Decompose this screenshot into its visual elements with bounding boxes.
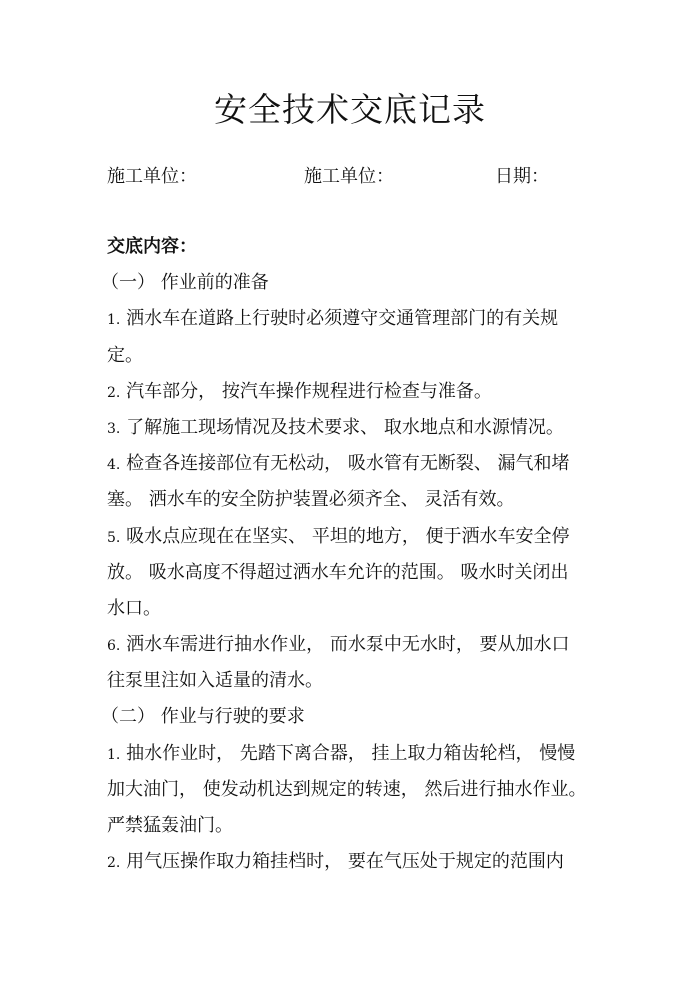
- list-item-continuation: 水口。: [107, 595, 607, 631]
- list-item: 4. 检查各连接部位有无松动， 吸水管有无断裂、 漏气和堵: [107, 450, 607, 486]
- line-text: 检查各连接部位有无松动， 吸水管有无断裂、 漏气和堵: [126, 453, 569, 474]
- item-number: 6.: [107, 638, 120, 654]
- line-text: 洒水车需进行抽水作业， 而水泵中无水时， 要从加水口: [126, 634, 569, 655]
- line-text: 用气压操作取力箱挂档时， 要在气压处于规定的范围内: [126, 851, 564, 872]
- line-text: 抽水作业时， 先踏下离合器， 挂上取力箱齿轮档， 慢慢: [126, 743, 575, 764]
- line-text: 洒水车在道路上行驶时必须遵守交通管理部门的有关规: [126, 308, 558, 329]
- list-item: 1. 洒水车在道路上行驶时必须遵守交通管理部门的有关规: [107, 305, 607, 341]
- construction-unit-label-1: 施工单位：: [107, 164, 197, 190]
- section-heading: （一） 作业前的准备: [101, 269, 607, 305]
- line-text: 塞。 洒水车的安全防护装置必须齐全、 灵活有效。: [107, 489, 514, 510]
- list-item-continuation: 塞。 洒水车的安全防护装置必须齐全、 灵活有效。: [107, 486, 607, 522]
- content-lines: （一） 作业前的准备1. 洒水车在道路上行驶时必须遵守交通管理部门的有关规定。2…: [107, 269, 607, 884]
- item-number: 1.: [107, 312, 120, 328]
- list-item-continuation: 加大油门， 使发动机达到规定的转速， 然后进行抽水作业。: [107, 776, 607, 812]
- line-text: 吸水点应现在在坚实、 平坦的地方， 便于洒水车安全停: [126, 526, 569, 547]
- line-text: 加大油门， 使发动机达到规定的转速， 然后进行抽水作业。: [107, 779, 586, 800]
- line-text: （一） 作业前的准备: [101, 272, 269, 293]
- list-item: 3. 了解施工现场情况及技术要求、 取水地点和水源情况。: [107, 414, 607, 450]
- document-title: 安全技术交底记录: [0, 88, 700, 132]
- item-number: 1.: [107, 747, 120, 763]
- item-number: 5.: [107, 530, 120, 546]
- list-item-continuation: 往泵里注如入适量的清水。: [107, 667, 607, 703]
- list-item: 1. 抽水作业时， 先踏下离合器， 挂上取力箱齿轮档， 慢慢: [107, 740, 607, 776]
- list-item: 2. 用气压操作取力箱挂档时， 要在气压处于规定的范围内: [107, 848, 607, 884]
- list-item-continuation: 定。: [107, 342, 607, 378]
- date-label: 日期：: [495, 164, 549, 190]
- line-text: 了解施工现场情况及技术要求、 取水地点和水源情况。: [126, 417, 564, 438]
- list-item: 6. 洒水车需进行抽水作业， 而水泵中无水时， 要从加水口: [107, 631, 607, 667]
- document-body: 交底内容： （一） 作业前的准备1. 洒水车在道路上行驶时必须遵守交通管理部门的…: [107, 233, 607, 884]
- line-text: （二） 作业与行驶的要求: [101, 706, 305, 727]
- line-text: 汽车部分， 按汽车操作规程进行检查与准备。: [126, 381, 492, 402]
- line-text: 水口。: [107, 598, 161, 619]
- content-label: 交底内容：: [107, 233, 607, 269]
- item-number: 3.: [107, 421, 120, 437]
- list-item-continuation: 放。 吸水高度不得超过洒水车允许的范围。 吸水时关闭出: [107, 559, 607, 595]
- line-text: 严禁猛轰油门。: [107, 815, 233, 836]
- line-text: 放。 吸水高度不得超过洒水车允许的范围。 吸水时关闭出: [107, 562, 568, 583]
- line-text: 往泵里注如入适量的清水。: [107, 670, 323, 691]
- item-number: 2.: [107, 385, 120, 401]
- line-text: 定。: [107, 345, 143, 366]
- list-item-continuation: 严禁猛轰油门。: [107, 812, 607, 848]
- list-item: 2. 汽车部分， 按汽车操作规程进行检查与准备。: [107, 378, 607, 414]
- construction-unit-label-2: 施工单位：: [304, 164, 394, 190]
- item-number: 2.: [107, 855, 120, 871]
- list-item: 5. 吸水点应现在在坚实、 平坦的地方， 便于洒水车安全停: [107, 523, 607, 559]
- section-heading: （二） 作业与行驶的要求: [101, 703, 607, 739]
- item-number: 4.: [107, 457, 120, 473]
